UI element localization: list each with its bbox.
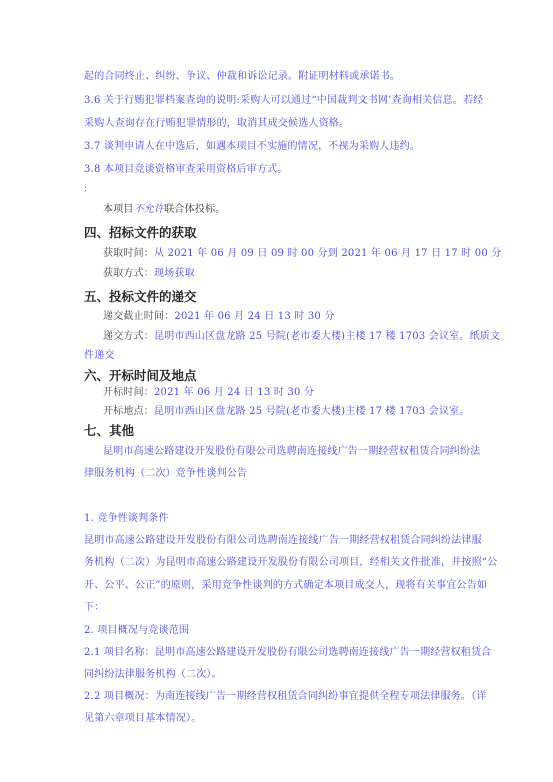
clause-2-1-line1: 2.1 项目名称：昆明市高速公路建设开发股份有限公司选聘南连接线广告一期经营权租… [84, 646, 484, 660]
clause-3-6-line2: 采购人查询存在行贿犯罪情形的，取消其成交候选人资格。 [84, 117, 484, 131]
part-2-heading: 2. 项目概况与竞谈范围 [84, 624, 484, 638]
announcement-title-line2: 律服务机构（二次）竞争性谈判公告 [84, 467, 484, 481]
submit-method: 递交方式：昆明市西山区盘龙路 25 号院(老市委大楼)主楼 17 楼 1703 … [103, 330, 503, 344]
submit-deadline-value: 2021 年 06 月 24 日 13 时 30 分 [174, 311, 334, 322]
consortium-post: 联合体投标。 [164, 204, 225, 215]
clause-2-2-line1: 2.2 项目概况：为南连接线广告一期经营权租赁合同纠纷事宜提供全程专项法律服务。… [84, 690, 484, 704]
part-1-line: 昆明市高速公路建设开发股份有限公司选聘南连接线广告一期经营权租赁合同纠纷法律服 [84, 534, 484, 548]
section-5-heading: 五、投标文件的递交 [84, 289, 197, 305]
part-1-line: 务机构（二次）为昆明市高速公路建设开发股份有限公司项目，经相关文件批准，并按照“… [84, 556, 484, 570]
opening-time-value: 2021 年 06 月 24 日 13 时 30 分 [154, 387, 314, 398]
obtain-method: 获取方式：现场获取 [103, 267, 503, 281]
consortium-pre: 本项目 [103, 204, 134, 215]
clause-2-1-line2: 同纠纷法律服务机构（二次）。 [84, 668, 484, 682]
consortium-emphasis: 不允许 [134, 204, 165, 215]
clause-3-7: 3.7 谈判申请人在中选后，如遇本项目不实施的情况，不视为采购人违约。 [84, 140, 484, 154]
submit-deadline-label: 递交截止时间： [103, 311, 174, 322]
part-1-line: 开、公平、公正”的原则，采用竞争性谈判的方式确定本项目成交人，现将有关事宜公告如 [84, 579, 484, 593]
submit-method-value: 昆明市西山区盘龙路 25 号院(老市委大楼)主楼 17 楼 1703 会议室。纸… [154, 331, 500, 342]
submit-method-cont: 件递交 [84, 349, 484, 363]
section-4-heading: 四、招标文件的获取 [84, 225, 197, 241]
opening-place-value: 昆明市西山区盘龙路 25 号院(老市委大楼)主楼 17 楼 1703 会议室。 [154, 406, 470, 417]
opening-time: 开标时间：2021 年 06 月 24 日 13 时 30 分 [103, 386, 503, 400]
clause-3-8: 3.8 本项目竞谈资格审查采用资格后审方式。 [84, 163, 484, 177]
opening-place: 开标地点：昆明市西山区盘龙路 25 号院(老市委大楼)主楼 17 楼 1703 … [103, 405, 503, 419]
submit-method-label: 递交方式： [103, 331, 154, 342]
clause-3-6-line1: 3.6 关于行贿犯罪档案查询的说明:采购人可以通过“中国裁判文书网’查询相关信息… [84, 94, 484, 108]
opening-time-label: 开标时间： [103, 387, 154, 398]
section-7-heading: 七、其他 [84, 423, 134, 439]
opening-place-label: 开标地点： [103, 406, 154, 417]
obtain-method-value: 现场获取 [154, 268, 195, 279]
part-1-line: 下： [84, 601, 484, 615]
consortium-statement: 本项目不允许联合体投标。 [103, 203, 503, 217]
part-1-heading: 1. 竞争性谈判条件 [84, 512, 484, 526]
clause-2-2-line2: 见第六章项目基本情况）。 [84, 712, 484, 726]
obtain-method-label: 获取方式： [103, 268, 154, 279]
obtain-time: 获取时间：从 2021 年 06 月 09 日 09 时 00 分到 2021 … [103, 247, 503, 261]
section-6-heading: 六、开标时间及地点 [84, 368, 197, 384]
semicolon-mark: ; [84, 182, 484, 196]
submit-deadline: 递交截止时间：2021 年 06 月 24 日 13 时 30 分 [103, 310, 503, 324]
announcement-title-line1: 昆明市高速公路建设开发股份有限公司选聘南连接线广告一期经营权租赁合同纠纷法 [103, 445, 503, 459]
paragraph-continuation: 起的合同终止、纠纷、争议、仲裁和诉讼记录。附证明材料或承诺书。 [84, 70, 484, 84]
obtain-time-value: 从 2021 年 06 月 09 日 09 时 00 分到 2021 年 06 … [154, 248, 501, 259]
obtain-time-label: 获取时间： [103, 248, 154, 259]
